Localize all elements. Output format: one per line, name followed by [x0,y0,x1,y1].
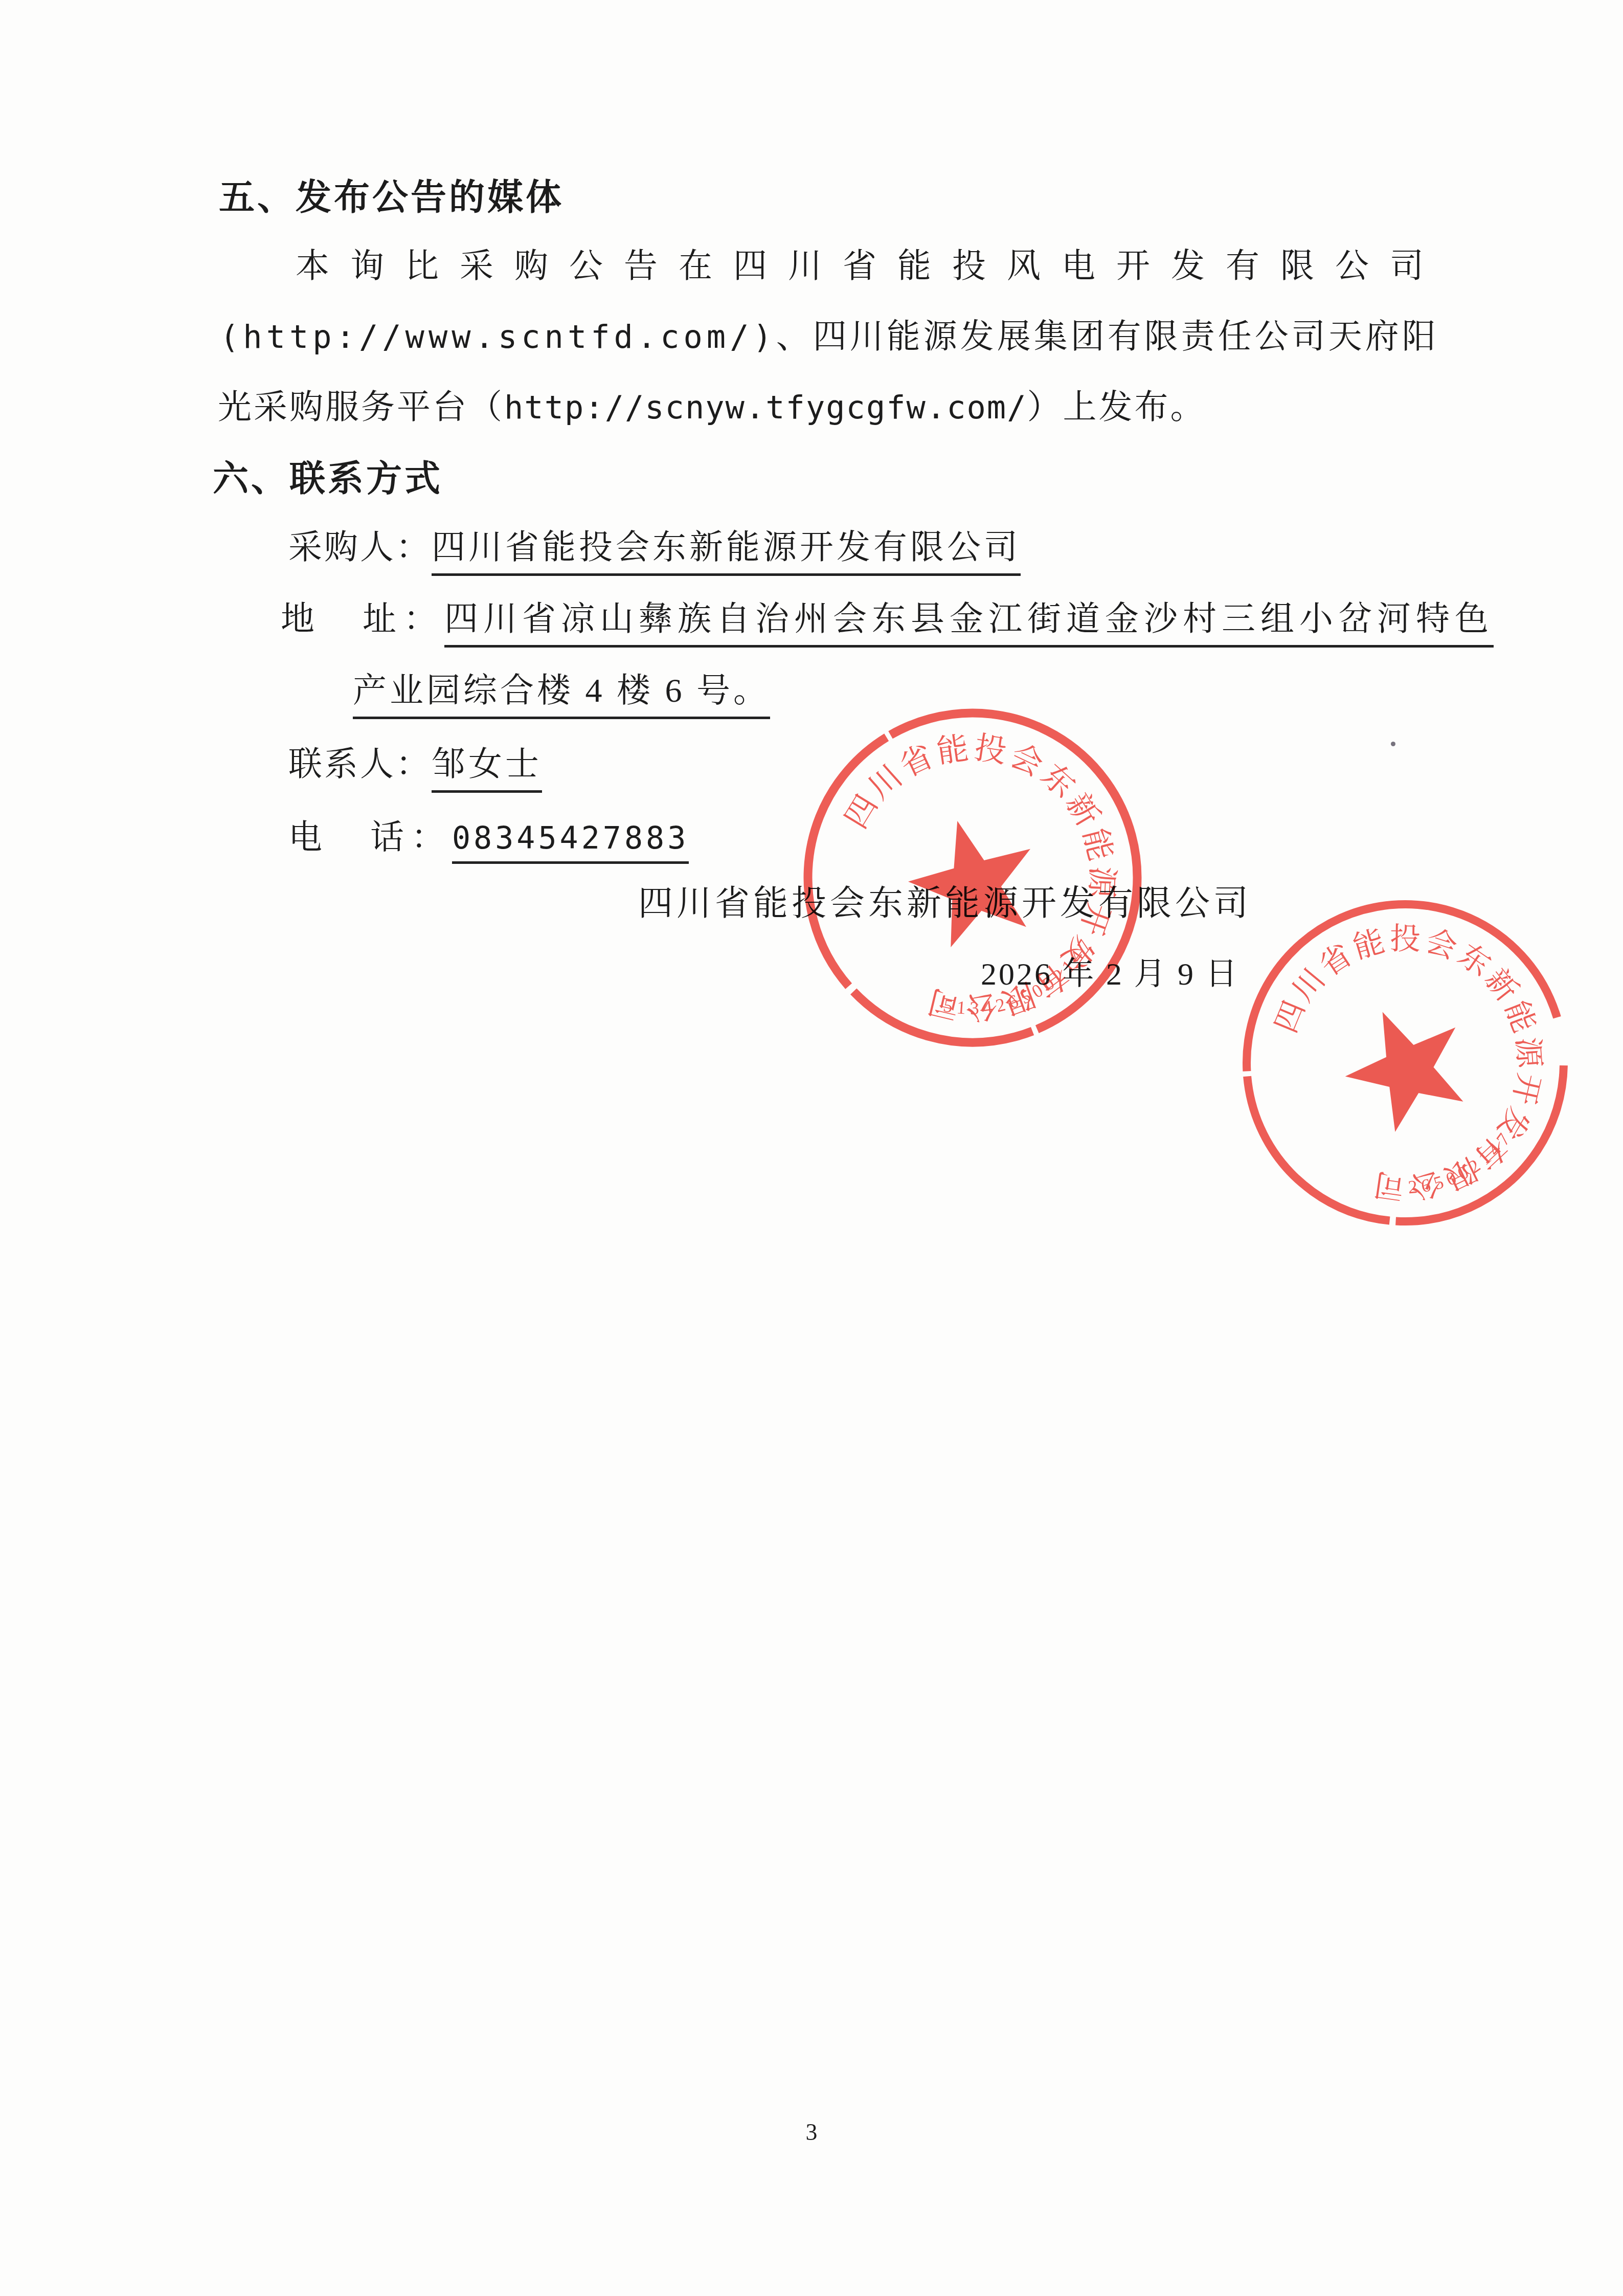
stray-ink-dot [1391,742,1395,746]
address-row-continued: 产业园综合楼 4 楼 6 号。 [353,663,770,719]
phone-row: 电 话：08345427883 [288,810,689,864]
company-seal-secondary: 四川省能投会东新能源开发有限公司 265002147 [1231,889,1579,1237]
phone-value: 08345427883 [452,820,689,864]
address-value-line1: 四川省凉山彝族自治州会东县金江街道金沙村三组小岔河特色 [444,591,1494,648]
address-value-line2: 产业园综合楼 4 楼 6 号。 [353,663,770,719]
paragraph-line-1: 本询比采购公告在四川省能投风电开发有限公司 [296,238,1445,287]
paragraph-line-3: 光采购服务平台（http://scnyw.tfygcgfw.com/）上发布。 [218,380,1206,428]
phone-label: 电 话： [288,819,452,856]
company-seal-primary: 四川省能投会东新能源开发有限公司 5134265002147 [794,699,1152,1057]
contact-person-row: 联系人：邹女士 [288,737,542,793]
address-label: 地 址： [281,600,444,638]
address-row: 地 址：四川省凉山彝族自治州会东县金江街道金沙村三组小岔河特色 [281,591,1494,648]
contact-person-value: 邹女士 [432,737,542,793]
page-number: 3 [0,2119,1623,2146]
document-page: 五、发布公告的媒体 本询比采购公告在四川省能投风电开发有限公司 (http://… [0,0,1623,2296]
paragraph-line-3-post: ）上发布。 [1027,389,1206,426]
star-icon [1327,987,1484,1141]
section5-heading: 五、发布公告的媒体 [219,169,564,220]
website-url-2: http://scnyw.tfygcgfw.com/ [504,389,1027,426]
website-url-1: (http://www.scntfd.com/) [220,318,776,355]
purchaser-value: 四川省能投会东新能源开发有限公司 [432,520,1021,576]
section6-heading: 六、联系方式 [213,450,443,502]
contact-person-label: 联系人： [288,746,432,783]
paragraph-line-2: (http://www.scntfd.com/)、四川能源发展集团有限责任公司天… [220,309,1439,358]
purchaser-label: 采购人： [288,529,432,566]
paragraph-line-2-text: 、四川能源发展集团有限责任公司天府阳 [776,318,1439,355]
paragraph-line-3-pre: 光采购服务平台（ [218,389,504,426]
star-icon [896,805,1050,953]
purchaser-row: 采购人：四川省能投会东新能源开发有限公司 [288,520,1021,576]
